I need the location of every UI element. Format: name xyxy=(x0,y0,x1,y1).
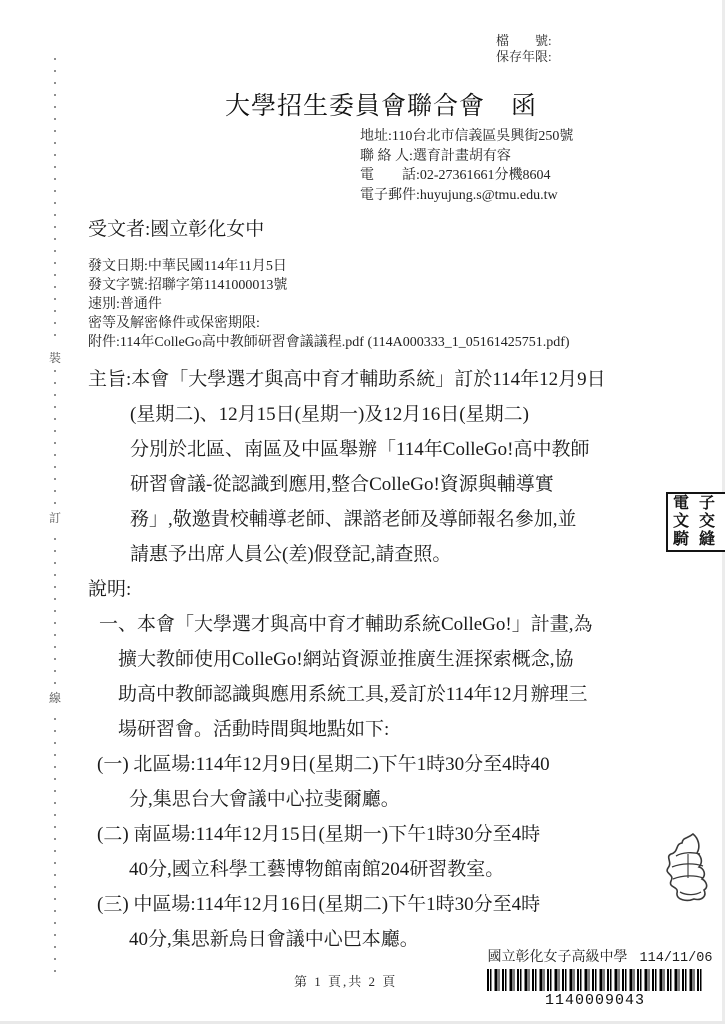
body-line: 分別於北區、南區及中區舉辦「114年ColleGo!高中教師 xyxy=(130,432,725,467)
body-line: 請惠予出席人員公(差)假登記,請查照。 xyxy=(130,537,725,572)
archive-labels: 檔 號: 保存年限: xyxy=(496,33,552,65)
receipt-stamp-line: 國立彰化女子高級中學114/11/06 xyxy=(487,946,713,966)
body-line: 助高中教師認識與應用系統工具,爰訂於114年12月辦理三 xyxy=(118,677,725,712)
binding-mark-ding: 訂 xyxy=(44,506,66,530)
body-line: 分,集思台大會議中心拉斐爾廳。 xyxy=(129,782,725,817)
letter-body: 主旨:本會「大學選才與高中育才輔助系統」訂於114年12月9日 (星期二)、12… xyxy=(0,362,725,957)
retention-label: 保存年限: xyxy=(496,49,552,65)
binding-mark-xian: 線 xyxy=(44,686,66,710)
meta-security: 密等及解密條件或保密期限: xyxy=(88,314,570,333)
sender-email: 電子郵件:huyujung.s@tmu.edu.tw xyxy=(360,186,573,206)
body-line-subitem-south: (二) 南區場:114年12月15日(星期一)下午1時30分至4時 xyxy=(97,817,725,852)
document-page: 檔 號: 保存年限: 大學招生委員會聯合會 函 地址:110台北市信義區吳興街2… xyxy=(0,0,725,1024)
barcode-number: 1140009043 xyxy=(487,992,703,1009)
electronic-exchange-stamp: 電文騎 子交縫 xyxy=(666,492,725,552)
binding-mark-zhuang: 裝 xyxy=(44,346,66,370)
body-line: (星期二)、12月15日(星期一)及12月16日(星期二) xyxy=(130,397,725,432)
body-line: 40分,國立科學工藝博物館南館204研習教室。 xyxy=(129,852,725,887)
body-line: 務」,敬邀貴校輔導老師、課諮老師及導師報名參加,並 xyxy=(130,502,725,537)
sender-contact: 聯 絡 人:選育計畫胡有容 xyxy=(360,147,573,167)
meta-priority: 速別:普通件 xyxy=(88,295,570,314)
body-line-description-header: 說明: xyxy=(88,572,725,607)
receipt-school: 國立彰化女子高級中學 xyxy=(488,950,628,965)
document-title: 大學招生委員會聯合會 函 xyxy=(225,86,537,122)
recipient-line: 受文者:國立彰化女中 xyxy=(88,214,264,241)
body-line-subitem-central: (三) 中區場:114年12月16日(星期二)下午1時30分至4時 xyxy=(97,887,725,922)
body-line-subitem-north: (一) 北區場:114年12月9日(星期二)下午1時30分至4時40 xyxy=(97,747,725,782)
body-line: 擴大教師使用ColleGo!網站資源並推廣生涯探索概念,協 xyxy=(118,642,725,677)
sender-info: 地址:110台北市信義區吳興街250號 聯 絡 人:選育計畫胡有容 電 話:02… xyxy=(360,127,573,205)
meta-attachment: 附件:114年ColleGo高中教師研習會議議程.pdf (114A000333… xyxy=(88,333,570,352)
stamp-left-column: 電文騎 xyxy=(668,494,694,550)
body-line-item-1: 一、本會「大學選才與高中育才輔助系統ColleGo!」計畫,為 xyxy=(99,607,725,642)
body-line: 場研習會。活動時間與地點如下: xyxy=(118,712,725,747)
document-meta: 發文日期:中華民國114年11月5日 發文字號:招聯字第1141000013號 … xyxy=(88,257,570,352)
barcode xyxy=(487,969,703,991)
body-line: 研習會議-從認識到應用,整合ColleGo!資源與輔導實 xyxy=(130,467,725,502)
receipt-date: 114/11/06 xyxy=(640,951,713,966)
sender-phone: 電 話:02-27361661分機8604 xyxy=(360,166,573,186)
partial-seal-icon xyxy=(663,830,715,908)
page-number: 第 1 頁,共 2 頁 xyxy=(294,971,397,990)
file-number-label: 檔 號: xyxy=(496,33,552,49)
meta-issue-date: 發文日期:中華民國114年11月5日 xyxy=(88,257,570,276)
stamp-right-column: 子交縫 xyxy=(694,494,720,550)
meta-doc-number: 發文字號:招聯字第1141000013號 xyxy=(88,276,570,295)
body-line-subject: 主旨:本會「大學選才與高中育才輔助系統」訂於114年12月9日 xyxy=(88,362,725,397)
sender-address: 地址:110台北市信義區吳興街250號 xyxy=(360,127,573,147)
